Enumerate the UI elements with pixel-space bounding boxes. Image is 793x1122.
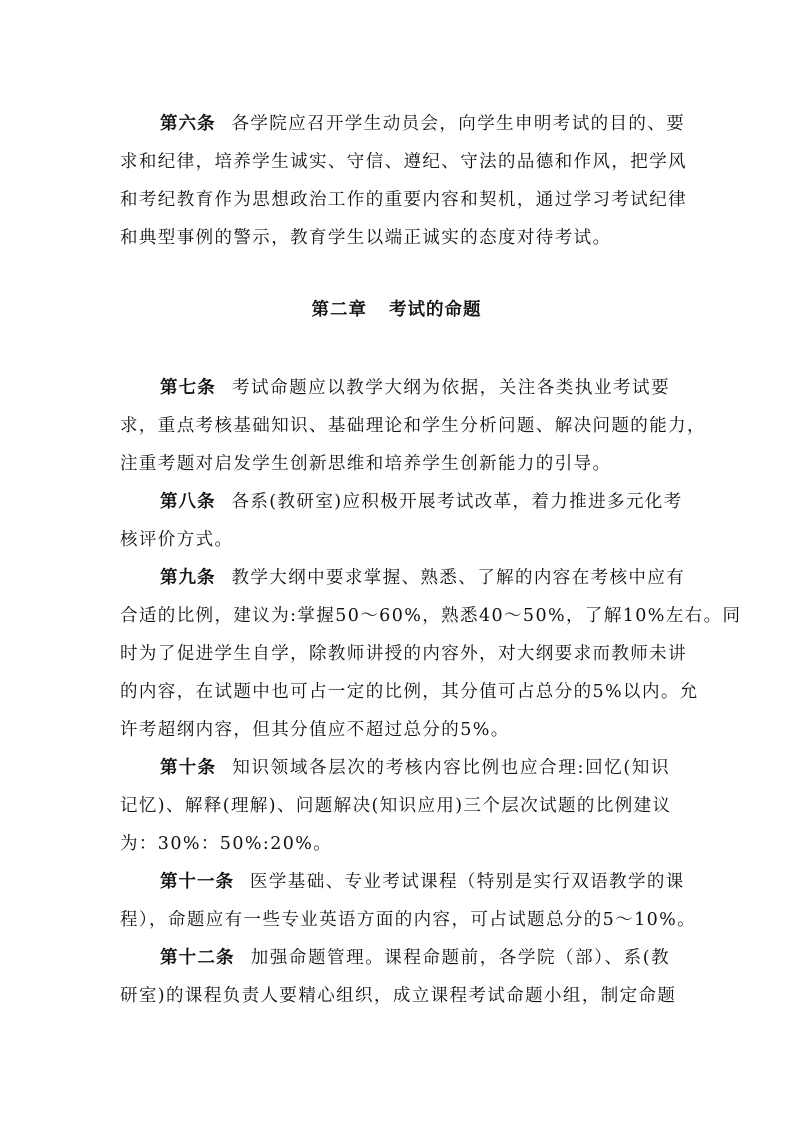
article-10-label: 第十条: [160, 758, 216, 778]
article-9-line-1: 第九条教学大纲中要求掌握、熟悉、了解的内容在考核中应有: [160, 566, 670, 590]
article-11-line-1: 第十一条医学基础、专业考试课程（特别是实行双语教学的课: [160, 870, 670, 894]
article-12-label: 第十二条: [160, 948, 235, 968]
article-9-label: 第九条: [160, 568, 216, 588]
article-10-line-3: 为：30%：50%:20%。: [120, 832, 670, 856]
article-10-line-2: 记忆)、解释(理解)、问题解决(知识应用)三个层次试题的比例建议: [120, 794, 670, 818]
article-7-line-2: 求，重点考核基础知识、基础理论和学生分析问题、解决问题的能力，: [120, 414, 670, 438]
article-10-line-1: 第十条知识领域各层次的考核内容比例也应合理:回忆(知识: [160, 756, 670, 780]
document-page: 第六条各学院应召开学生动员会，向学生申明考试的目的、要 求和纪律，培养学生诚实、…: [0, 0, 793, 1122]
chapter-heading: 第二章考试的命题: [0, 298, 793, 322]
article-8-label: 第八条: [160, 492, 216, 512]
article-9-line-2: 合适的比例，建议为:掌握50～60%，熟悉40～50%，了解10%左右。同: [120, 604, 670, 628]
article-6-line-1: 第六条各学院应召开学生动员会，向学生申明考试的目的、要: [160, 112, 670, 136]
article-6-label: 第六条: [160, 114, 216, 134]
article-9-line-3: 时为了促进学生自学，除教师讲授的内容外，对大纲要求而教师未讲: [120, 642, 670, 666]
article-8-line-1: 第八条各系(教研室)应积极开展考试改革，着力推进多元化考: [160, 490, 670, 514]
chapter-number: 第二章: [312, 300, 368, 320]
article-11-label: 第十一条: [160, 872, 234, 892]
chapter-title: 考试的命题: [389, 300, 482, 320]
article-9-line-5: 许考超纲内容，但其分值应不超过总分的5%。: [120, 718, 670, 742]
article-7-label: 第七条: [160, 378, 216, 398]
article-9-line-4: 的内容，在试题中也可占一定的比例，其分值可占总分的5%以内。允: [120, 680, 670, 704]
article-6-line-3: 和考纪教育作为思想政治工作的重要内容和契机，通过学习考试纪律: [120, 188, 670, 212]
article-6-line-4: 和典型事例的警示，教育学生以端正诚实的态度对待考试。: [120, 226, 670, 250]
article-12-line-1: 第十二条加强命题管理。课程命题前，各学院（部）、系(教: [160, 946, 670, 970]
article-11-line-2: 程），命题应有一些专业英语方面的内容，可占试题总分的5～10%。: [120, 908, 670, 932]
article-8-line-2: 核评价方式。: [120, 528, 670, 552]
article-7-line-3: 注重考题对启发学生创新思维和培养学生创新能力的引导。: [120, 452, 670, 476]
article-6-line-2: 求和纪律，培养学生诚实、守信、遵纪、守法的品德和作风，把学风: [120, 150, 670, 174]
article-7-line-1: 第七条考试命题应以教学大纲为依据，关注各类执业考试要: [160, 376, 670, 400]
article-12-line-2: 研室)的课程负责人要精心组织，成立课程考试命题小组，制定命题: [120, 984, 670, 1008]
